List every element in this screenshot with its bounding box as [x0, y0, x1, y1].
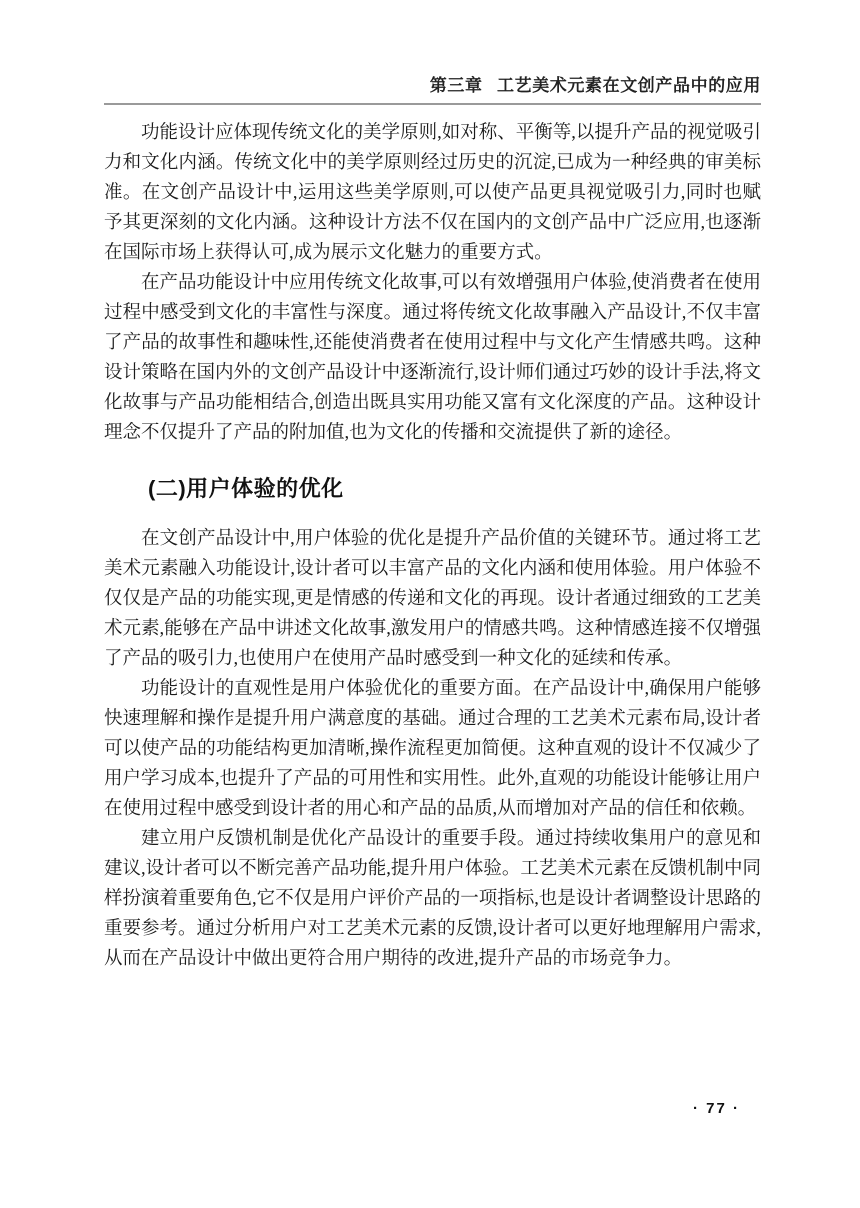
body-paragraph: 在文创产品设计中,用户体验的优化是提升产品价值的关键环节。通过将工艺美术元素融入…: [104, 524, 761, 674]
document-page: 第三章工艺美术元素在文创产品中的应用 功能设计应体现传统文化的美学原则,如对称、…: [0, 0, 860, 1208]
running-header: 第三章工艺美术元素在文创产品中的应用: [104, 0, 761, 96]
body-paragraph: 在产品功能设计中应用传统文化故事,可以有效增强用户体验,使消费者在使用过程中感受…: [104, 268, 761, 448]
body-text: 功能设计应体现传统文化的美学原则,如对称、平衡等,以提升产品的视觉吸引力和文化内…: [104, 118, 761, 974]
body-paragraph: 功能设计应体现传统文化的美学原则,如对称、平衡等,以提升产品的视觉吸引力和文化内…: [104, 118, 761, 268]
chapter-title: 工艺美术元素在文创产品中的应用: [497, 76, 761, 95]
chapter-number: 第三章: [430, 76, 483, 95]
page-number: · 77 ·: [693, 1100, 740, 1117]
page-content-area: 第三章工艺美术元素在文创产品中的应用 功能设计应体现传统文化的美学原则,如对称、…: [104, 0, 761, 974]
body-paragraph: 建立用户反馈机制是优化产品设计的重要手段。通过持续收集用户的意见和建议,设计者可…: [104, 824, 761, 974]
header-rule: [104, 103, 761, 105]
body-paragraph: 功能设计的直观性是用户体验优化的重要方面。在产品设计中,确保用户能够快速理解和操…: [104, 674, 761, 824]
section-heading: (二)用户体验的优化: [104, 474, 761, 504]
